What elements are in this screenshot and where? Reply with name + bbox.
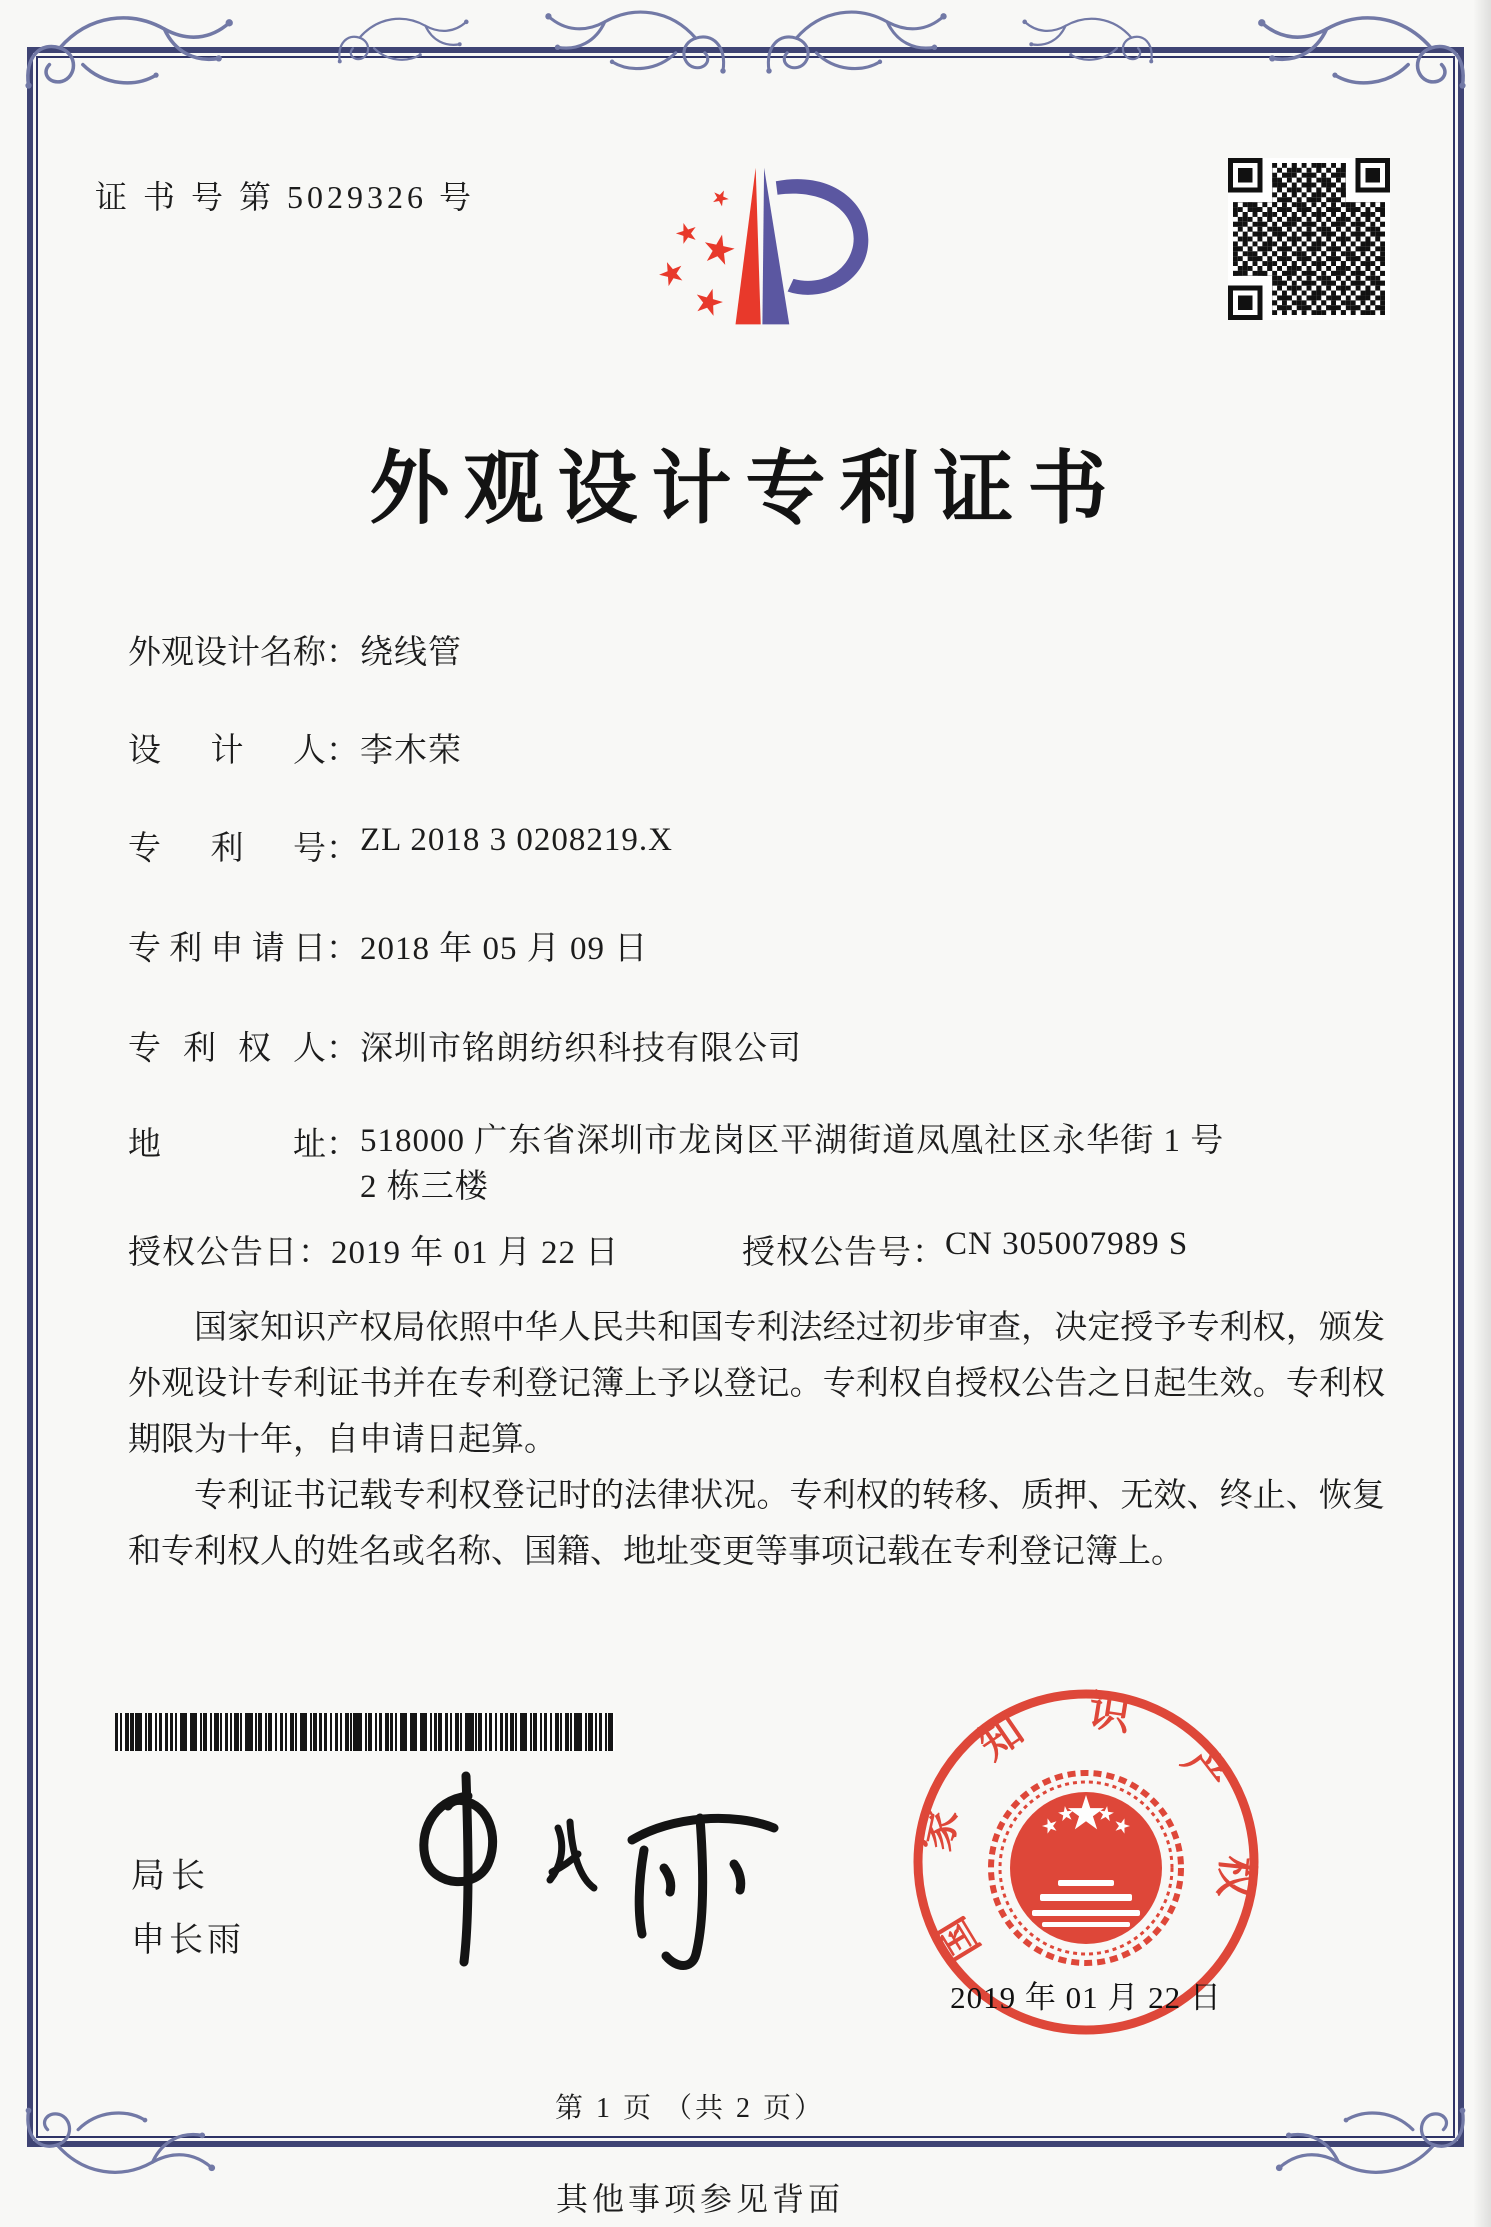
field-value: ZL 2018 3 0208219.X bbox=[360, 822, 673, 859]
certificate-number: 证 书 号 第 5029326 号 bbox=[95, 172, 475, 218]
field-address: 地址： 518000 广东省深圳市龙岗区平湖街道凤凰社区永华街 1 号2 栋三楼 bbox=[128, 1118, 1224, 1210]
field-colon: ： bbox=[326, 822, 360, 869]
field-value: 李木荣 bbox=[360, 724, 462, 771]
address-line2: 2 栋三楼 bbox=[360, 1164, 1224, 1210]
grant-number-label: 授权公告号 bbox=[742, 1226, 912, 1273]
field-label: 设计人 bbox=[128, 724, 326, 771]
commissioner-title: 局长 bbox=[131, 1848, 211, 1897]
field-label: 专利权人 bbox=[128, 1022, 326, 1069]
ornament-top-center-right-icon bbox=[746, 0, 972, 80]
ornament-top-left-icon bbox=[16, 4, 248, 96]
field-filing-date: 专利申请日：2018 年 05 月 09 日 bbox=[128, 922, 648, 969]
cnipa-logo-icon bbox=[628, 156, 880, 358]
field-designer: 设计人：李木荣 bbox=[128, 724, 462, 771]
seal-national-emblem-icon bbox=[991, 1773, 1181, 1963]
field-label: 地址 bbox=[128, 1118, 326, 1165]
ornament-top-mid-right-icon bbox=[1011, 10, 1161, 68]
page-number: 第 1 页 （共 2 页） bbox=[0, 2086, 1380, 2126]
grant-number-value: CN 305007989 S bbox=[945, 1226, 1188, 1273]
commissioner-signature-icon bbox=[380, 1762, 800, 2002]
field-label: 外观设计名称 bbox=[128, 626, 326, 673]
seal-date: 2019 年 01 月 22 日 bbox=[900, 1972, 1272, 2017]
patent-certificate-page: 证 书 号 第 5029326 号 外观设计专利证书 外观设计名称：绕线管 bbox=[0, 0, 1491, 2227]
grant-date-label: 授权公告日 bbox=[128, 1226, 298, 1273]
commissioner-name: 申长雨 bbox=[131, 1912, 245, 1961]
field-value: 绕线管 bbox=[360, 626, 462, 673]
legal-paragraph-2: 专利证书记载专利权登记时的法律状况。专利权的转移、质押、无效、终止、恢复和专利权… bbox=[128, 1468, 1385, 1580]
field-design-name: 外观设计名称：绕线管 bbox=[128, 626, 462, 673]
field-colon: ： bbox=[326, 626, 360, 673]
field-colon: ： bbox=[326, 724, 360, 771]
ornament-top-center-left-icon bbox=[520, 0, 746, 80]
field-value: 518000 广东省深圳市龙岗区平湖街道凤凰社区永华街 1 号2 栋三楼 bbox=[360, 1118, 1224, 1210]
grant-number-colon: ： bbox=[912, 1226, 945, 1273]
address-line1: 518000 广东省深圳市龙岗区平湖街道凤凰社区永华街 1 号 bbox=[360, 1123, 1224, 1159]
ornament-top-mid-left-icon bbox=[330, 10, 480, 68]
field-colon: ： bbox=[326, 922, 360, 969]
field-colon: ： bbox=[326, 1022, 360, 1069]
legal-paragraph-1: 国家知识产权局依照中华人民共和国专利法经过初步审查，决定授予专利权，颁发外观设计… bbox=[128, 1300, 1385, 1468]
grant-date-value: 2019 年 01 月 22 日 bbox=[331, 1226, 619, 1273]
ornament-top-right-icon bbox=[1243, 4, 1475, 96]
barcode bbox=[115, 1713, 615, 1751]
field-value: 深圳市铭朗纺织科技有限公司 bbox=[360, 1022, 802, 1069]
field-patent-number: 专利号：ZL 2018 3 0208219.X bbox=[128, 822, 673, 869]
grant-number-pair: 授权公告号：CN 305007989 S bbox=[742, 1226, 1188, 1273]
grant-date-colon: ： bbox=[298, 1226, 331, 1273]
field-label: 专利申请日 bbox=[128, 922, 326, 969]
qr-code-icon bbox=[1228, 158, 1390, 320]
field-patentee: 专利权人：深圳市铭朗纺织科技有限公司 bbox=[128, 1022, 802, 1069]
certificate-title: 外观设计专利证书 bbox=[0, 424, 1491, 539]
see-back-note: 其他事项参见背面 bbox=[0, 2174, 1400, 2220]
legal-text-block: 国家知识产权局依照中华人民共和国专利法经过初步审查，决定授予专利权，颁发外观设计… bbox=[128, 1300, 1385, 1580]
field-colon: ： bbox=[326, 1118, 360, 1165]
field-label: 专利号 bbox=[128, 822, 326, 869]
field-value: 2018 年 05 月 09 日 bbox=[360, 922, 648, 969]
field-grant-row: 授权公告日：2019 年 01 月 22 日 授权公告号：CN 30500798… bbox=[128, 1226, 1491, 1273]
